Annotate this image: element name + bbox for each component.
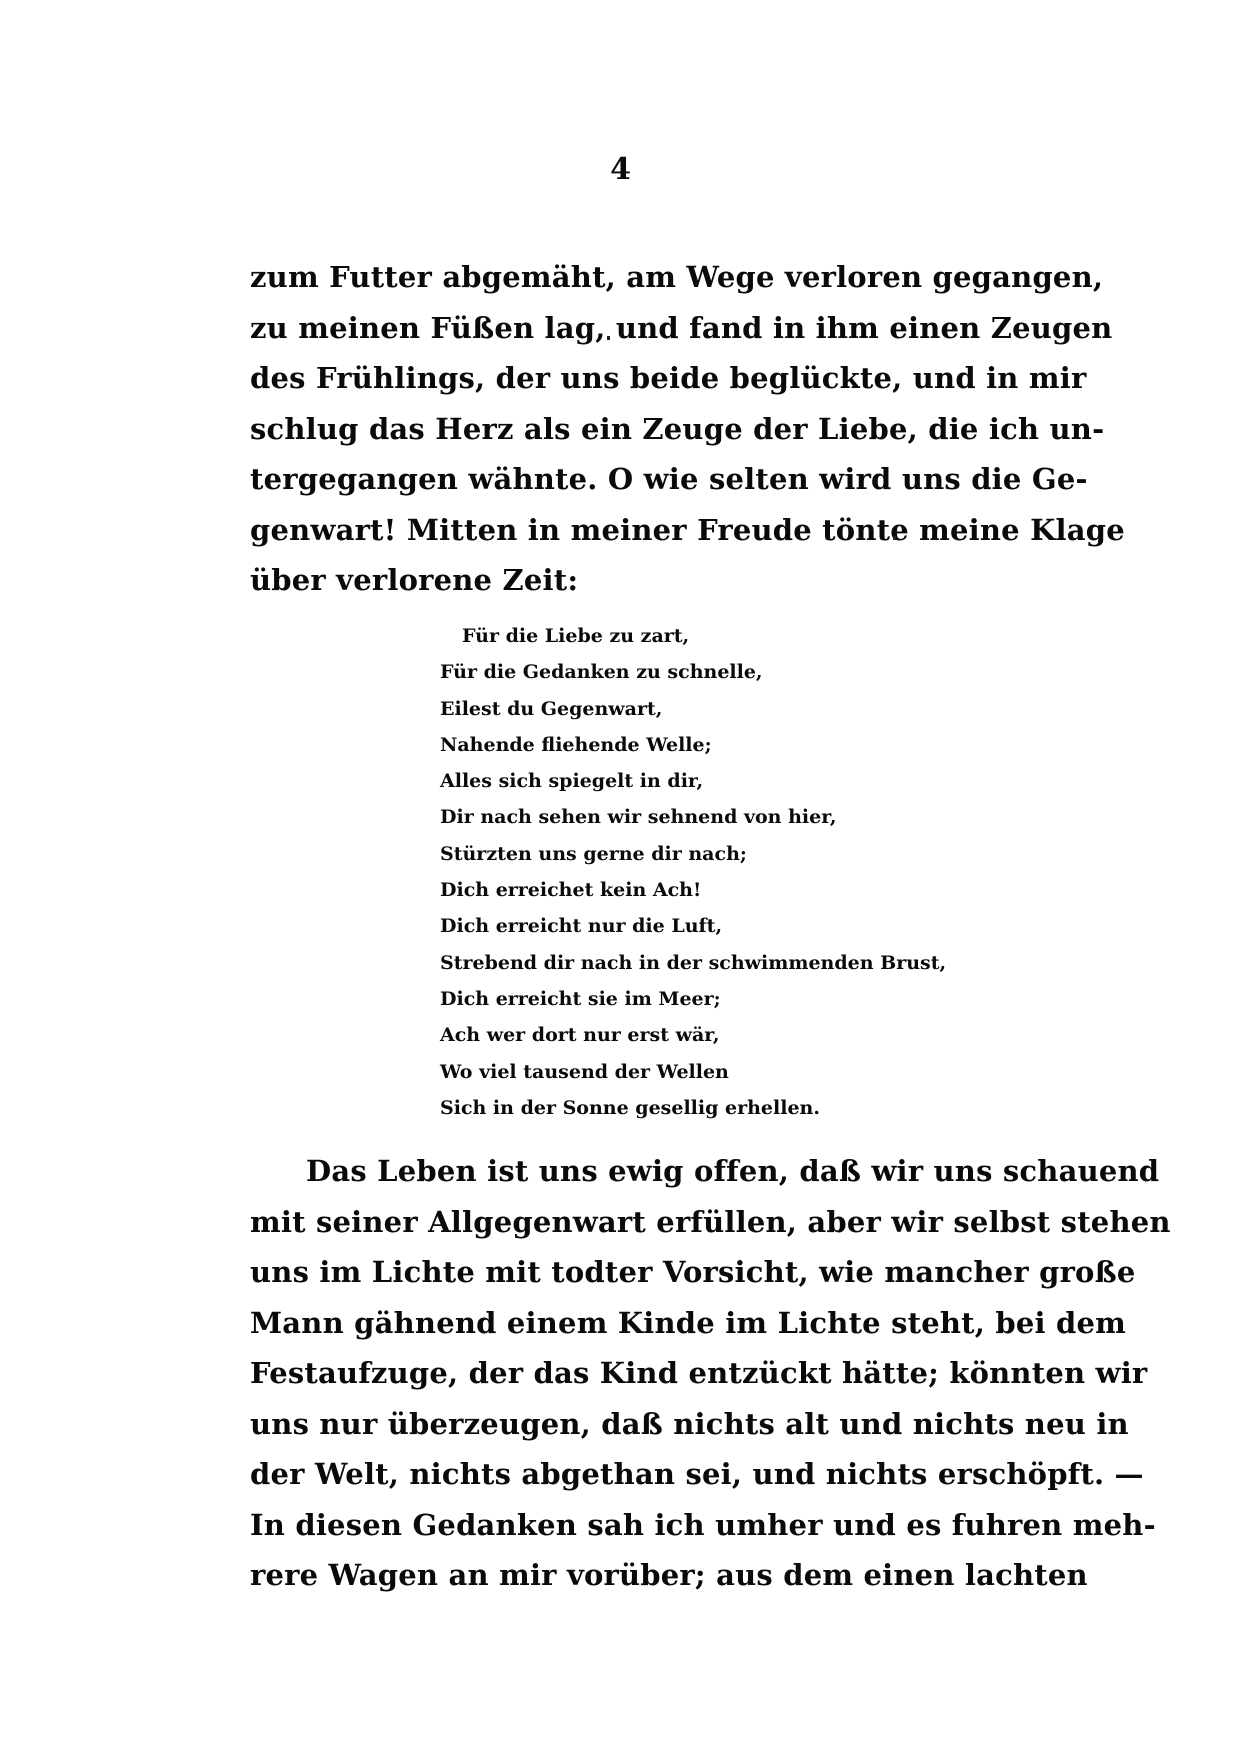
poem-verse: Stürzten uns gerne dir nach; (440, 836, 946, 872)
text-line: genwart! Mitten in meiner Freude tönte m… (250, 505, 992, 556)
poem-verse: Alles sich spiegelt in dir, (440, 763, 946, 799)
poem-verse: Strebend dir nach in der schwimmenden Br… (440, 945, 946, 981)
print-speck (607, 336, 610, 340)
print-speck (893, 536, 896, 540)
text-line: schlug das Herz als ein Zeuge der Liebe,… (250, 404, 992, 455)
poem-verse: Dir nach sehen wir sehnend von hier, (440, 799, 946, 835)
text-line: rere Wagen an mir vorüber; aus dem einen… (250, 1550, 992, 1601)
text-line: des Frühlings, der uns beide beglückte, … (250, 353, 992, 404)
text-line: Festaufzuge, der das Kind entzückt hätte… (250, 1348, 992, 1399)
prose-paragraph-bottom: Das Leben ist uns ewig offen, daß wir un… (250, 1146, 992, 1601)
poem-verse: Sich in der Sonne gesellig erhellen. (440, 1090, 946, 1126)
text-line: zu meinen Füßen lag, und fand in ihm ein… (250, 303, 992, 354)
text-line: über verlorene Zeit: (250, 555, 992, 606)
poem-verse: Eilest du Gegenwart, (440, 691, 946, 727)
page-number: 4 (0, 152, 1241, 188)
poem-verse: Dich erreicht nur die Luft, (440, 908, 946, 944)
text-line: Mann gähnend einem Kinde im Lichte steht… (250, 1298, 992, 1349)
poem-verse: Dich erreichet kein Ach! (440, 872, 946, 908)
poem-verse: Dich erreicht sie im Meer; (440, 981, 946, 1017)
text-line: uns nur überzeugen, daß nichts alt und n… (250, 1399, 992, 1450)
poem-verse: Wo viel tausend der Wellen (440, 1054, 946, 1090)
text-line: uns im Lichte mit todter Vorsicht, wie m… (250, 1247, 992, 1298)
text-line: In diesen Gedanken sah ich umher und es … (250, 1500, 992, 1551)
poem-verse: Ach wer dort nur erst wär, (440, 1017, 946, 1053)
text-line: mit seiner Allgegenwart erfüllen, aber w… (250, 1197, 992, 1248)
poem-verse: Für die Gedanken zu schnelle, (440, 654, 946, 690)
poem-block: Für die Liebe zu zart, Für die Gedanken … (440, 618, 946, 1126)
poem-verse: Nahende fliehende Welle; (440, 727, 946, 763)
prose-paragraph-top: zum Futter abgemäht, am Wege verloren ge… (250, 252, 992, 606)
poem-verse: Für die Liebe zu zart, (440, 618, 946, 654)
text-line: zum Futter abgemäht, am Wege verloren ge… (250, 252, 992, 303)
text-line: tergegangen wähnte. O wie selten wird un… (250, 454, 992, 505)
text-line: der Welt, nichts abgethan sei, und nicht… (250, 1449, 992, 1500)
text-line: Das Leben ist uns ewig offen, daß wir un… (250, 1146, 992, 1197)
